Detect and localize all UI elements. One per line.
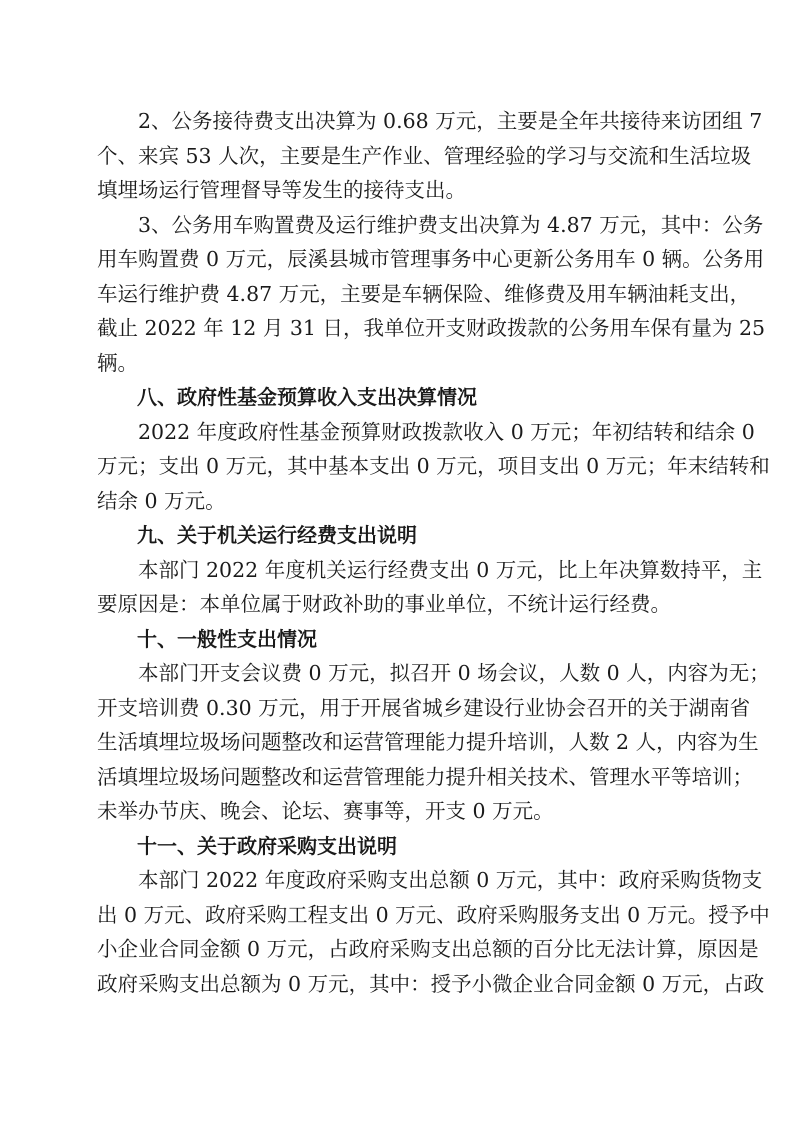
text-line: 辆。 [97, 346, 699, 381]
vehicle-expense-paragraph: 3、公务用车购置费及运行维护费支出决算为 4.87 万元，其中：公务用车购置费 … [97, 208, 699, 381]
text-line: 开支培训费 0.30 万元，用于开展省城乡建设行业协会召开的关于湖南省 [97, 691, 699, 726]
section-8-heading: 八、政府性基金预算收入支出决算情况 [97, 380, 699, 415]
heading-text: 十一、关于政府采购支出说明 [97, 829, 699, 864]
text-line: 2、公务接待费支出决算为 0.68 万元，主要是全年共接待来访团组 7 [97, 104, 699, 139]
text-line: 本部门 2022 年度机关运行经费支出 0 万元，比上年决算数持平，主 [97, 553, 699, 588]
text-line: 车运行维护费 4.87 万元，主要是车辆保险、维修费及用车辆油耗支出， [97, 277, 699, 312]
procurement-paragraph: 本部门 2022 年度政府采购支出总额 0 万元，其中：政府采购货物支出 0 万… [97, 863, 699, 1001]
text-line: 截止 2022 年 12 月 31 日，我单位开支财政拨款的公务用车保有量为 2… [97, 311, 699, 346]
text-line: 本部门开支会议费 0 万元，拟召开 0 场会议，人数 0 人，内容为无； [97, 656, 699, 691]
text-line: 生活填埋垃圾场问题整改和运营管理能力提升培训，人数 2 人，内容为生 [97, 725, 699, 760]
heading-text: 九、关于机关运行经费支出说明 [97, 518, 699, 553]
section-11-heading: 十一、关于政府采购支出说明 [97, 829, 699, 864]
heading-text: 八、政府性基金预算收入支出决算情况 [97, 380, 699, 415]
section-10-heading: 十、一般性支出情况 [97, 622, 699, 657]
text-line: 结余 0 万元。 [97, 484, 699, 519]
text-line: 本部门 2022 年度政府采购支出总额 0 万元，其中：政府采购货物支 [97, 863, 699, 898]
text-line: 2022 年度政府性基金预算财政拨款收入 0 万元；年初结转和结余 0 [97, 415, 699, 450]
text-line: 3、公务用车购置费及运行维护费支出决算为 4.87 万元，其中：公务 [97, 208, 699, 243]
text-line: 填埋场运行管理督导等发生的接待支出。 [97, 173, 699, 208]
operating-expense-paragraph: 本部门 2022 年度机关运行经费支出 0 万元，比上年决算数持平，主要原因是：… [97, 553, 699, 622]
heading-text: 十、一般性支出情况 [97, 622, 699, 657]
text-line: 个、来宾 53 人次，主要是生产作业、管理经验的学习与交流和生活垃圾 [97, 139, 699, 174]
text-line: 用车购置费 0 万元，辰溪县城市管理事务中心更新公务用车 0 辆。公务用 [97, 242, 699, 277]
general-expense-paragraph: 本部门开支会议费 0 万元，拟召开 0 场会议，人数 0 人，内容为无；开支培训… [97, 656, 699, 829]
text-line: 万元；支出 0 万元，其中基本支出 0 万元，项目支出 0 万元；年末结转和 [97, 449, 699, 484]
text-line: 小企业合同金额 0 万元，占政府采购支出总额的百分比无法计算，原因是 [97, 932, 699, 967]
text-line: 活填埋垃圾场问题整改和运营管理能力提升相关技术、管理水平等培训； [97, 760, 699, 795]
government-fund-paragraph: 2022 年度政府性基金预算财政拨款收入 0 万元；年初结转和结余 0万元；支出… [97, 415, 699, 519]
text-line: 出 0 万元、政府采购工程支出 0 万元、政府采购服务支出 0 万元。授予中 [97, 898, 699, 933]
text-line: 政府采购支出总额为 0 万元，其中：授予小微企业合同金额 0 万元，占政 [97, 967, 699, 1002]
reception-expense-paragraph: 2、公务接待费支出决算为 0.68 万元，主要是全年共接待来访团组 7个、来宾 … [97, 104, 699, 208]
section-9-heading: 九、关于机关运行经费支出说明 [97, 518, 699, 553]
text-line: 要原因是：本单位属于财政补助的事业单位，不统计运行经费。 [97, 587, 699, 622]
document-page: 2、公务接待费支出决算为 0.68 万元，主要是全年共接待来访团组 7个、来宾 … [97, 104, 699, 1001]
text-line: 未举办节庆、晚会、论坛、赛事等，开支 0 万元。 [97, 794, 699, 829]
